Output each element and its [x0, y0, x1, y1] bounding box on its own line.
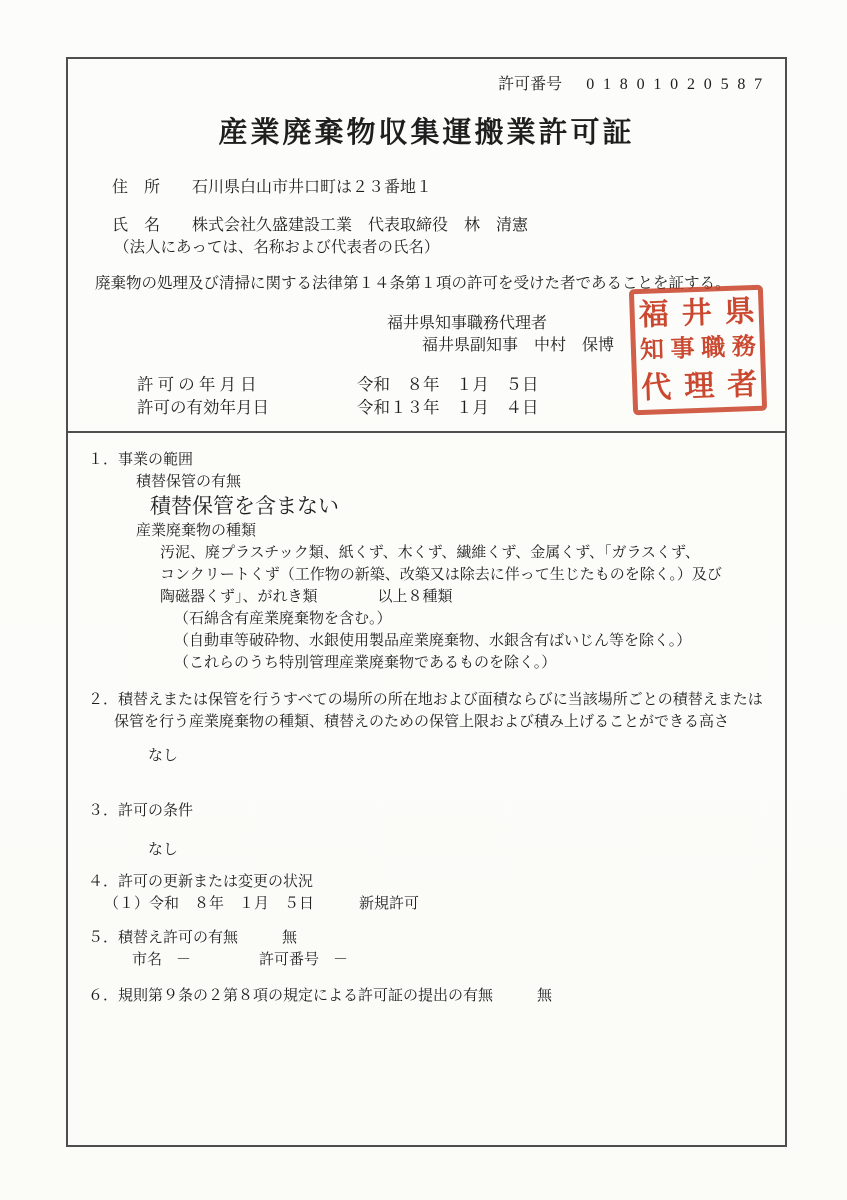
- waste-type-line-2: コンクリートくず（工作物の新築、改築又は除去に伴って生じたものを除く。）及び: [160, 564, 765, 586]
- section-6-heading-row: ６．規則第９条の２第８項の規定による許可証の提出の有無 無: [88, 985, 765, 1007]
- section-5-detail-row: 市名 － 許可番号 －: [132, 949, 765, 971]
- valid-date-label: 許可の有効年月日: [137, 396, 357, 419]
- conditions-block: １．事業の範囲 積替保管の有無 積替保管を含まない 産業廃棄物の種類 汚泥、廃プ…: [68, 433, 785, 1007]
- certificate-border-box: 許可番号 01801020587 産業廃棄物収集運搬業許可証 住 所 石川県白山…: [66, 57, 787, 1147]
- city-label: 市名: [132, 949, 162, 971]
- section-5-value: 無: [282, 927, 297, 949]
- section-2-heading-line-2: 保管を行う産業廃棄物の種類、積替えのための保管上限および積み上げることができる高…: [114, 711, 765, 733]
- corporate-name-note: （法人にあっては、名称および代表者の氏名）: [114, 237, 785, 259]
- waste-note-2: （自動車等破砕物、水銀使用製品産業廃棄物、水銀含有ばいじん等を除く。）: [174, 630, 765, 652]
- waste-note-3: （これらのうち特別管理産業廃棄物であるものを除く。）: [174, 652, 765, 674]
- transfer-permit-number-label: 許可番号: [259, 949, 319, 971]
- permit-date-value: 令和 ８年 １月 ５日: [357, 373, 539, 396]
- transfer-permit-number-value: －: [333, 949, 348, 971]
- address-label: 住 所: [112, 177, 192, 199]
- section-2-heading-line-1: ２．積替えまたは保管を行うすべての場所の所在地および面積ならびに当該場所ごとの積…: [88, 689, 765, 711]
- name-label: 氏 名: [112, 215, 192, 237]
- permit-number-label: 許可番号: [498, 71, 562, 94]
- permit-number-value: 01801020587: [586, 76, 771, 94]
- section-2: ２．積替えまたは保管を行うすべての場所の所在地および面積ならびに当該場所ごとの積…: [88, 689, 765, 767]
- section-3-heading: ３．許可の条件: [88, 800, 765, 822]
- transfer-storage-value: 積替保管を含まない: [150, 493, 765, 520]
- section-5-heading-row: ５．積替え許可の有無 無: [88, 927, 765, 949]
- seal-text-row-3: 代理者: [641, 368, 758, 405]
- name-value: 株式会社久盛建設工業 代表取締役 林 清憲: [192, 215, 528, 237]
- section-4-entry: （１）令和 ８年 １月 ５日 新規許可: [104, 893, 765, 915]
- waste-type-label: 産業廃棄物の種類: [136, 520, 765, 542]
- section-6-value: 無: [537, 985, 552, 1007]
- name-row: 氏 名 株式会社久盛建設工業 代表取締役 林 清憲: [112, 215, 785, 237]
- seal-text-row-1: 福井県: [638, 295, 755, 332]
- document-title: 産業廃棄物収集運搬業許可証: [68, 110, 785, 151]
- spacer: [205, 949, 245, 971]
- section-3-value: なし: [148, 839, 765, 861]
- section-5-heading: ５．積替え許可の有無: [88, 927, 238, 949]
- permit-date-label: 許 可 の 年 月 日: [137, 373, 357, 396]
- valid-date-value: 令和１３年 １月 ４日: [357, 396, 539, 419]
- section-2-value: なし: [148, 745, 765, 767]
- section-6-heading: ６．規則第９条の２第８項の規定による許可証の提出の有無: [88, 985, 493, 1007]
- waste-note-1: （石綿含有産業廃棄物を含む。）: [174, 608, 765, 630]
- city-value: －: [176, 949, 191, 971]
- section-1-heading: １．事業の範囲: [88, 449, 765, 471]
- waste-type-line-3: 陶磁器くず」、がれき類 以上８種類: [160, 586, 765, 608]
- official-red-seal: 福井県 知事職務 代理者: [629, 285, 767, 416]
- permit-number-row: 許可番号 01801020587: [68, 71, 785, 94]
- address-row: 住 所 石川県白山市井口町は２３番地１: [112, 177, 785, 199]
- seal-text-row-2: 知事職務: [639, 331, 756, 368]
- address-value: 石川県白山市井口町は２３番地１: [192, 177, 432, 199]
- section-4-heading: ４．許可の更新または変更の状況: [88, 871, 765, 893]
- waste-type-line-1: 汚泥、廃プラスチック類、紙くず、木くず、繊維くず、金属くず、「ガラスくず、: [160, 542, 765, 564]
- scanned-permit-page: 許可番号 01801020587 産業廃棄物収集運搬業許可証 住 所 石川県白山…: [0, 0, 847, 1200]
- transfer-storage-label: 積替保管の有無: [136, 471, 765, 493]
